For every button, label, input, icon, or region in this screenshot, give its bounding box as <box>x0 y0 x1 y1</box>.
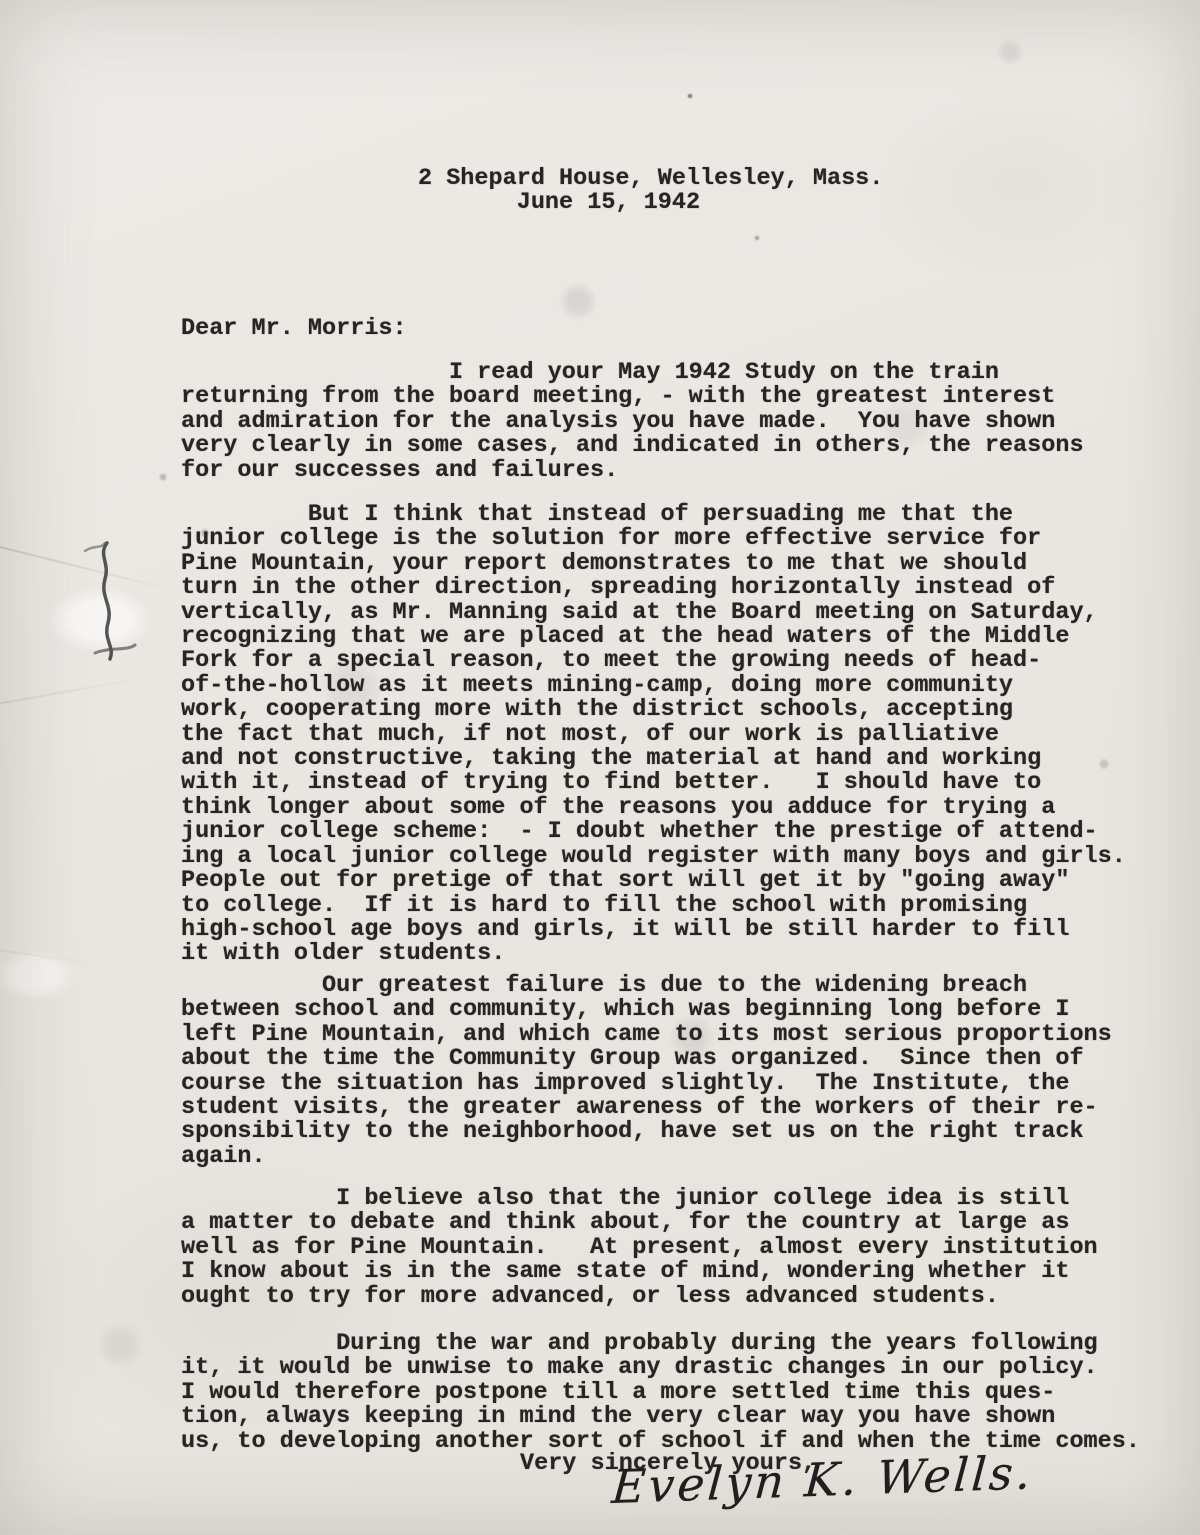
paragraph-5: During the war and probably during the y… <box>181 1332 1140 1454</box>
paragraph-1: I read your May 1942 Study on the train … <box>181 361 1084 483</box>
salutation: Dear Mr. Morris: <box>181 317 407 341</box>
paragraph-3: Our greatest failure is due to the widen… <box>181 974 1112 1169</box>
ink-smudge-mark <box>55 535 175 695</box>
paragraph-4: I believe also that the junior college i… <box>181 1187 1098 1309</box>
letter-page: 2 Shepard House, Wellesley, Mass. June 1… <box>0 0 1200 1535</box>
paper-crease <box>0 947 100 966</box>
paragraph-2: But I think that instead of persuading m… <box>181 503 1126 967</box>
return-address-and-date: 2 Shepard House, Wellesley, Mass. June 1… <box>418 167 883 216</box>
